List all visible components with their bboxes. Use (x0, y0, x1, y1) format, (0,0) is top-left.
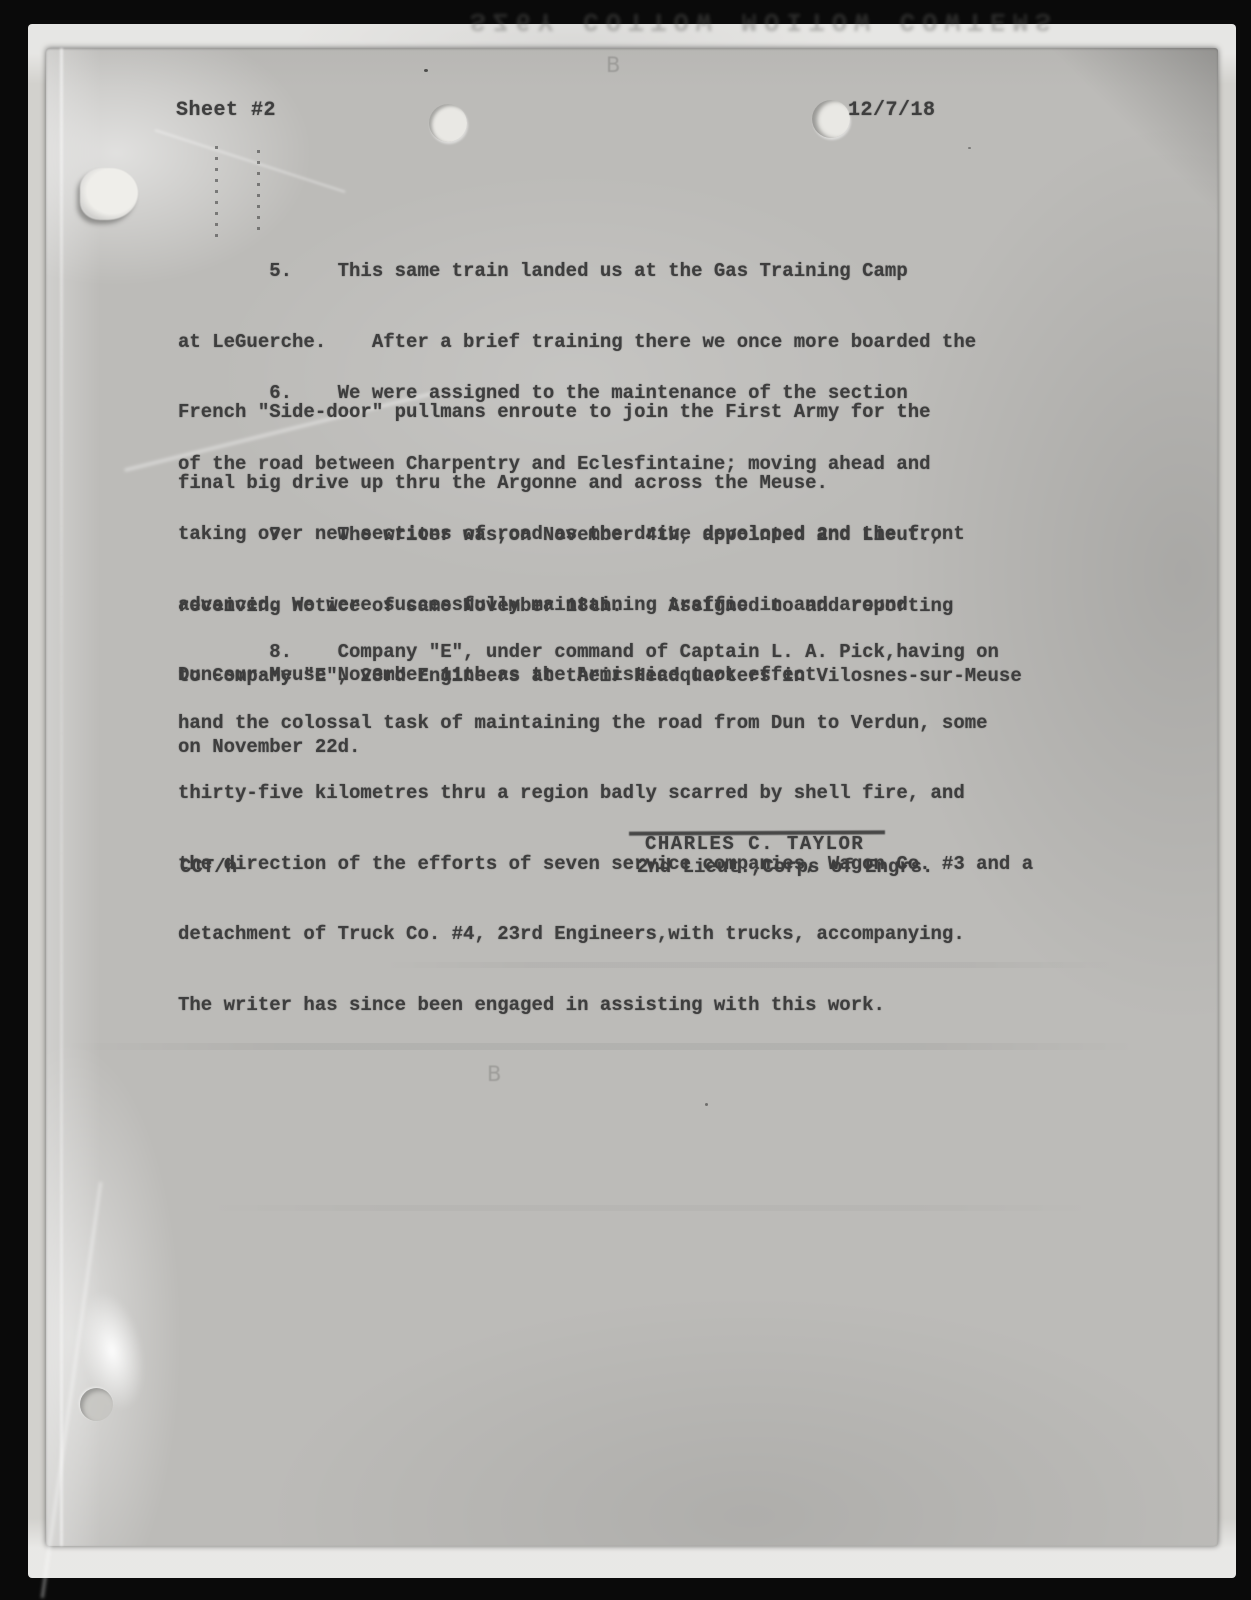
signature-title: 2nd Lieut.,Corps of Engrs. (637, 856, 933, 878)
hole-punch (429, 104, 467, 142)
paper-streak (200, 1205, 1100, 1211)
sheet-number-label: Sheet #2 (176, 99, 276, 122)
paragraph-line: 6. We were assigned to the maintenance o… (178, 382, 965, 406)
paragraph-line: of the road between Charpentry and Ecles… (178, 453, 965, 477)
paper-crease (60, 48, 63, 1546)
ghost-bleed-through-text: SZ6Y COTTOW MOITOW COWTEMS (470, 6, 1190, 36)
paragraph-line: 8. Company "E", under command of Captain… (178, 641, 1033, 665)
scanned-document-page: SZ6Y COTTOW MOITOW COWTEMS Sheet #2 12/7… (0, 0, 1251, 1600)
paragraph-line: 5. This same train landed us at the Gas … (178, 260, 976, 284)
date-label: 12/7/18 (848, 99, 936, 122)
pencil-mark: B (606, 53, 620, 77)
signature-name: CHARLES C. TAYLOR (645, 833, 864, 855)
hole-punch (80, 1388, 113, 1421)
paragraph-8: 8. Company "E", under command of Captain… (178, 594, 1033, 1064)
paragraph-line: detachment of Truck Co. #4, 23rd Enginee… (178, 923, 1033, 947)
typist-initials: CCT/h (180, 856, 237, 878)
ink-speck (424, 69, 428, 72)
paragraph-line: thirty-five kilometres thru a region bad… (178, 782, 1033, 806)
ink-speck (968, 147, 971, 149)
paragraph-line: hand the colossal task of maintaining th… (178, 712, 1033, 736)
hole-punch (812, 100, 850, 138)
paragraph-line: 7. The writer was,on November 4th, appoi… (178, 524, 1022, 548)
paragraph-line: The writer has since been engaged in ass… (178, 994, 1033, 1018)
ink-speck (705, 1103, 708, 1106)
pencil-mark: B (487, 1062, 501, 1086)
